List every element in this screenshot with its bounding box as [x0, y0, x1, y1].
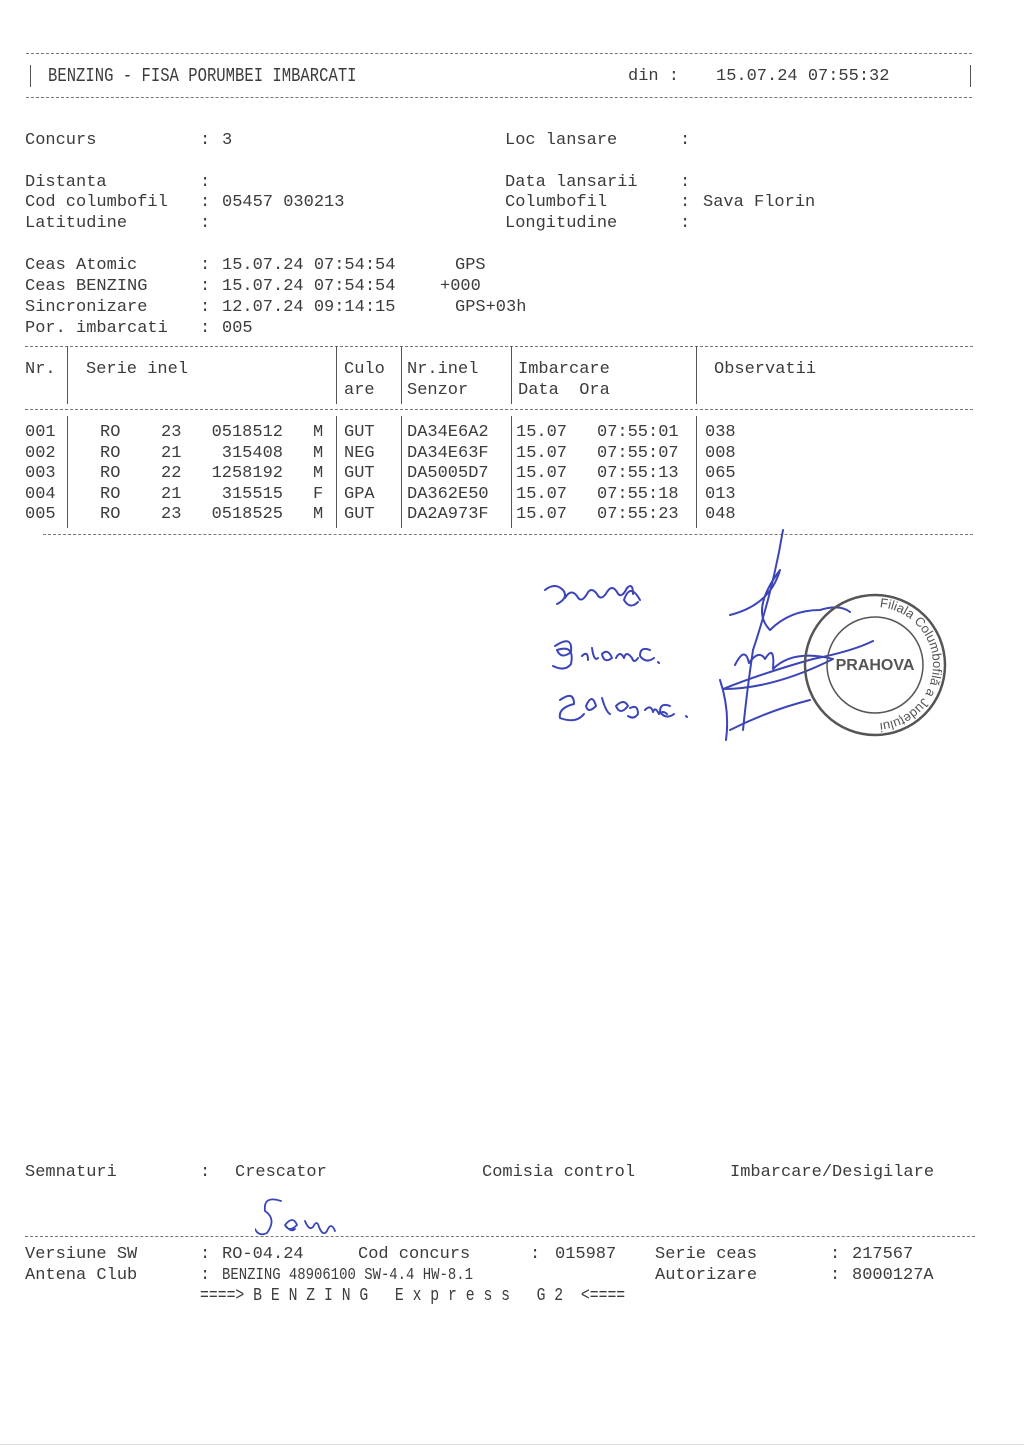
row-year: 23	[161, 504, 181, 525]
row-country: RO	[100, 463, 120, 484]
colon: :	[200, 1265, 210, 1286]
label-longitudine: Longitudine	[505, 213, 617, 234]
row-sex: M	[313, 463, 323, 484]
colon: :	[200, 192, 210, 213]
th-imbarcare-2: Data Ora	[518, 380, 610, 401]
colon: :	[680, 172, 690, 193]
value-cod-concurs: 015987	[555, 1244, 616, 1265]
row-country: RO	[100, 443, 120, 464]
row-obs: 065	[705, 463, 736, 484]
table-body: 001RO230518512MGUTDA34E6A215.0707:55:010…	[25, 422, 973, 532]
table-row: 003RO221258192MGUTDA5005D715.0707:55:130…	[25, 463, 973, 484]
value-antena-club: BENZING 48906100 SW-4.4 HW-8.1	[222, 1265, 473, 1286]
th-culoare-1: Culo	[344, 359, 385, 380]
row-sensor: DA2A973F	[407, 504, 489, 525]
row-nr: 002	[25, 443, 56, 464]
label-columbofil: Columbofil	[505, 192, 607, 213]
value-cod-columbofil: 05457 030213	[222, 192, 344, 213]
col-sep	[67, 346, 68, 404]
clock-row: Por. imbarcati : 005	[25, 318, 625, 339]
label-crescator: Crescator	[235, 1162, 327, 1183]
label-cod-columbofil: Cod columbofil	[25, 192, 168, 213]
label-cod-concurs: Cod concurs	[358, 1244, 470, 1265]
row-obs: 008	[705, 443, 736, 464]
table-top-rule	[25, 346, 973, 347]
row-sex: M	[313, 504, 323, 525]
stamp: Filiala Columbofilă a Județului PRAHOVA	[805, 595, 945, 735]
clock-row: Ceas Atomic : 15.07.24 07:54:54 GPS	[25, 255, 625, 276]
label-versiune-sw: Versiune SW	[25, 1244, 137, 1265]
row-sensor: DA34E63F	[407, 443, 489, 464]
th-serie-inel: Serie inel	[86, 359, 188, 380]
row-date: 15.07	[516, 443, 567, 464]
row-color: NEG	[344, 443, 375, 464]
label-ceas-benzing: Ceas BENZING	[25, 276, 147, 297]
label-autorizare: Autorizare	[655, 1265, 757, 1286]
row-ring: 315408	[222, 443, 283, 464]
table-row: 001RO230518512MGUTDA34E6A215.0707:55:010…	[25, 422, 973, 443]
value-autorizare: 8000127A	[852, 1265, 934, 1286]
label-latitudine: Latitudine	[25, 213, 127, 234]
suffix-ceas-atomic: GPS	[455, 255, 486, 276]
colon: :	[200, 276, 210, 297]
th-culoare-2: are	[344, 380, 375, 401]
value-ceas-atomic: 15.07.24 07:54:54	[222, 255, 395, 276]
colon: :	[830, 1244, 840, 1265]
row-sensor: DA362E50	[407, 484, 489, 505]
value-por-imbarcati: 005	[222, 318, 253, 339]
col-sep	[696, 346, 697, 404]
row-time: 07:55:01	[597, 422, 679, 443]
row-year: 23	[161, 422, 181, 443]
row-nr: 004	[25, 484, 56, 505]
header-left-border	[30, 65, 31, 87]
page-bottom-edge	[0, 1444, 1024, 1445]
label-concurs: Concurs	[25, 130, 96, 151]
row-nr: 001	[25, 422, 56, 443]
crescator-signature	[255, 1195, 375, 1239]
th-imbarcare-1: Imbarcare	[518, 359, 610, 380]
clock-row: Ceas BENZING : 15.07.24 07:54:54 +000	[25, 276, 625, 297]
row-ring: 1258192	[212, 463, 283, 484]
row-color: GUT	[344, 504, 375, 525]
row-date: 15.07	[516, 484, 567, 505]
colon: :	[200, 1244, 210, 1265]
label-data-lansarii: Data lansarii	[505, 172, 638, 193]
handwritten-signatures: Filiala Columbofilă a Județului PRAHOVA	[530, 520, 960, 770]
header-right-border	[970, 65, 971, 87]
row-sex: M	[313, 422, 323, 443]
th-senzor-2: Senzor	[407, 380, 468, 401]
row-time: 07:55:18	[597, 484, 679, 505]
pigeon-table: Nr. Serie inel Culo are Nr.inel Senzor I…	[25, 344, 975, 544]
row-ring: 0518512	[212, 422, 283, 443]
table-header-rule	[25, 409, 973, 410]
suffix-sincronizare: GPS+03h	[455, 297, 526, 318]
col-sep	[336, 346, 337, 404]
colon: :	[200, 172, 210, 193]
header-datetime: 15.07.24 07:55:32	[716, 66, 889, 87]
row-year: 21	[161, 443, 181, 464]
table-row: 004RO21315515FGPADA362E5015.0707:55:1801…	[25, 484, 973, 505]
value-ceas-benzing: 15.07.24 07:54:54	[222, 276, 395, 297]
value-sincronizare: 12.07.24 09:14:15	[222, 297, 395, 318]
label-distanta: Distanta	[25, 172, 107, 193]
header-din-label: din :	[628, 66, 679, 87]
row-time: 07:55:07	[597, 443, 679, 464]
colon: :	[680, 192, 690, 213]
brand-line: ====> B E N Z I N G E x p r e s s G 2 <=…	[200, 1286, 625, 1307]
label-imbarcare-desigilare: Imbarcare/Desigilare	[730, 1162, 934, 1183]
label-semnaturi: Semnaturi	[25, 1162, 117, 1183]
row-country: RO	[100, 422, 120, 443]
value-concurs: 3	[222, 130, 232, 151]
row-color: GUT	[344, 463, 375, 484]
header-box: BENZING - FISA PORUMBEI IMBARCATI din : …	[26, 53, 972, 99]
label-antena-club: Antena Club	[25, 1265, 137, 1286]
suffix-ceas-benzing: +000	[440, 276, 481, 297]
colon: :	[680, 213, 690, 234]
clock-section: Ceas Atomic : 15.07.24 07:54:54 GPS Ceas…	[25, 255, 625, 339]
row-date: 15.07	[516, 463, 567, 484]
label-ceas-atomic: Ceas Atomic	[25, 255, 137, 276]
row-ring: 0518525	[212, 504, 283, 525]
row-date: 15.07	[516, 422, 567, 443]
th-nr: Nr.	[25, 359, 56, 380]
row-ring: 315515	[222, 484, 283, 505]
value-columbofil: Sava Florin	[703, 192, 815, 213]
stamp-center-text: PRAHOVA	[836, 657, 915, 674]
row-sex: M	[313, 443, 323, 464]
colon: :	[200, 318, 210, 339]
row-obs: 013	[705, 484, 736, 505]
label-comisia-control: Comisia control	[482, 1162, 635, 1183]
header-top-rule	[26, 53, 972, 54]
col-sep	[511, 346, 512, 404]
row-year: 22	[161, 463, 181, 484]
table-row: 002RO21315408MNEGDA34E63F15.0707:55:0700…	[25, 443, 973, 464]
row-country: RO	[100, 504, 120, 525]
colon: :	[530, 1244, 540, 1265]
label-por-imbarcati: Por. imbarcati	[25, 318, 168, 339]
row-color: GPA	[344, 484, 375, 505]
row-nr: 005	[25, 504, 56, 525]
signature-rule	[25, 1236, 975, 1237]
colon: :	[200, 297, 210, 318]
label-loc-lansare: Loc lansare	[505, 130, 617, 151]
row-sensor: DA34E6A2	[407, 422, 489, 443]
colon: :	[200, 1162, 210, 1183]
row-sex: F	[313, 484, 323, 505]
label-serie-ceas: Serie ceas	[655, 1244, 757, 1265]
row-country: RO	[100, 484, 120, 505]
row-sensor: DA5005D7	[407, 463, 489, 484]
header-bottom-rule	[26, 97, 972, 98]
document-title: BENZING - FISA PORUMBEI IMBARCATI	[48, 66, 357, 87]
value-versiune-sw: RO-04.24	[222, 1244, 304, 1265]
colon: :	[680, 130, 690, 151]
colon: :	[830, 1265, 840, 1286]
value-serie-ceas: 217567	[852, 1244, 913, 1265]
clock-row: Sincronizare : 12.07.24 09:14:15 GPS+03h	[25, 297, 625, 318]
row-year: 21	[161, 484, 181, 505]
row-nr: 003	[25, 463, 56, 484]
colon: :	[200, 255, 210, 276]
th-senzor-1: Nr.inel	[407, 359, 478, 380]
colon: :	[200, 130, 210, 151]
label-sincronizare: Sincronizare	[25, 297, 147, 318]
row-obs: 038	[705, 422, 736, 443]
row-time: 07:55:13	[597, 463, 679, 484]
row-color: GUT	[344, 422, 375, 443]
col-sep	[401, 346, 402, 404]
colon: :	[200, 213, 210, 234]
th-observatii: Observatii	[714, 359, 816, 380]
